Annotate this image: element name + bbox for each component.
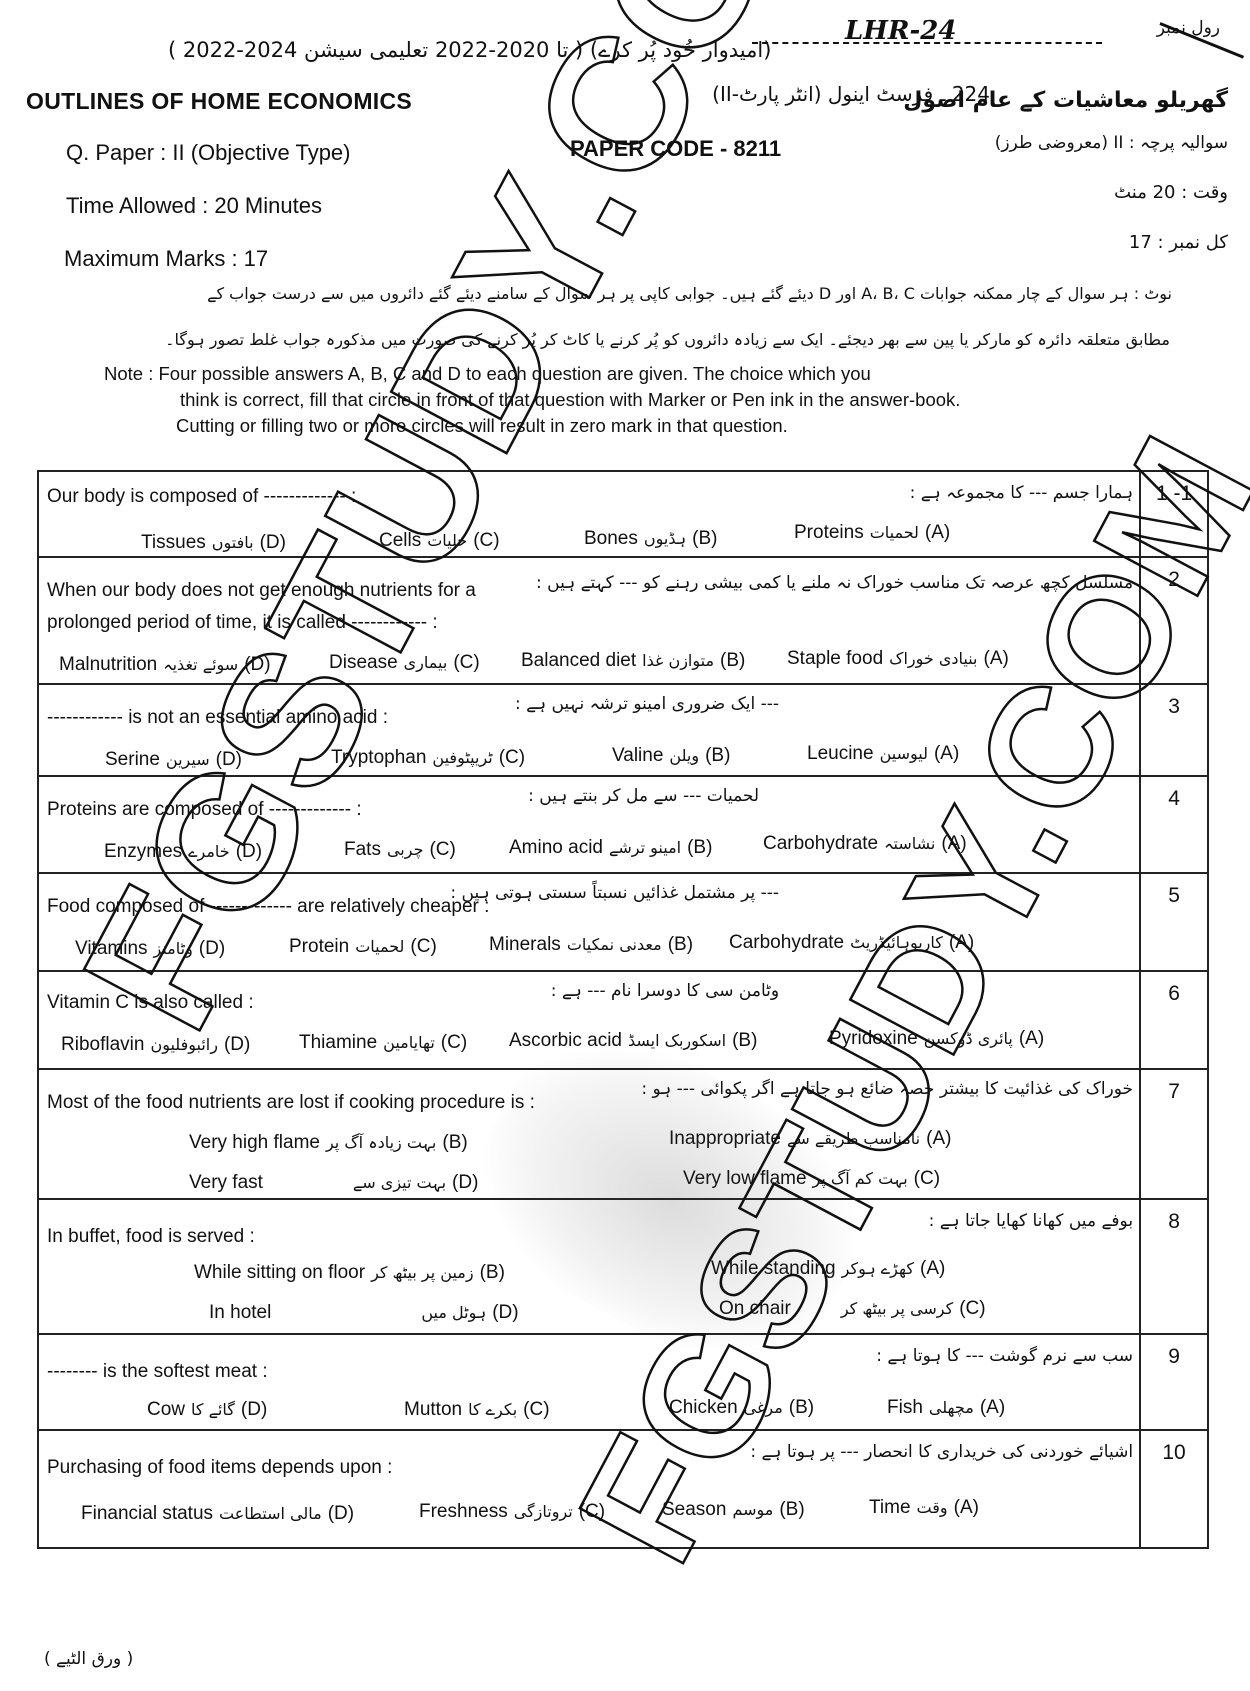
question-row: Most of the food nutrients are lost if c… [38,1069,1208,1199]
question-text-ur: اشیائے خوردنی کی خریداری کا انحصار --- پ… [750,1441,1133,1462]
option-d: Enzymesخامرے(D) [104,841,262,863]
option-c: On chairکرسی پر بیٹھ کر(C) [719,1298,986,1320]
question-text-ur: سب سے نرم گوشت --- کا ہوتا ہے : [876,1345,1133,1366]
question-body: Food composed of ------------- are relat… [38,873,1140,971]
question-row: Our body is composed of ------------- : … [38,471,1208,557]
option-b: Amino acidامینو ترشے(B) [509,837,712,859]
option-c: Diseaseبیماری(C) [329,652,480,674]
option-c: Very low flameبہت کم آگ پر(C) [683,1168,940,1190]
option-b: While sitting on floorزمین پر بیٹھ کر(B) [194,1262,505,1284]
option-a: While standingکھڑے ہوکر(A) [711,1258,945,1280]
option-a: Proteinsلحمیات(A) [794,522,950,544]
option-c: Freshnessتروتازگی(C) [419,1501,605,1523]
option-b: Balanced dietمتوازن غذا(B) [521,650,745,672]
question-number: 2 [1140,557,1208,684]
option-c: Fatsچربی(C) [344,839,456,861]
option-d: Very fastبہت تیزی سے(D) [189,1172,478,1194]
question-text-en: -------- is the softest meat : [47,1361,268,1383]
time-allowed: Time Allowed : 20 Minutes [66,193,322,219]
question-paper-type: Q. Paper : II (Objective Type) [66,140,351,166]
question-row: Proteins are composed of ------------- :… [38,776,1208,873]
question-text-ur: --- پر مشتمل غذائیں نسبتاً سستی ہوتی ہیں… [450,882,779,903]
question-text-ur: وٹامن سی کا دوسرا نام --- ہے : [551,980,779,1001]
question-text-en: Vitamin C is also called : [47,992,254,1014]
option-c: Proteinلحمیات(C) [289,936,437,958]
session-years: ( 2022-2024 تا 2020-2022 تعلیمی سیشن ) (… [168,38,771,63]
question-text-en: Proteins are composed of ------------- : [47,799,362,821]
roll-number-label: رول نمبر [1157,18,1220,38]
note-english: Note : Four possible answers A, B, C and… [104,361,960,439]
question-text-ur: مسلسل کچھ عرصہ تک مناسب خوراک نہ ملنے یا… [536,572,1133,593]
question-text-en: Most of the food nutrients are lost if c… [47,1092,535,1114]
question-body: Purchasing of food items depends upon : … [38,1430,1140,1548]
note-english-line-1: Note : Four possible answers A, B, C and… [104,361,960,387]
question-body: Vitamin C is also called : وٹامن سی کا د… [38,971,1140,1069]
option-d: Serineسیرین(D) [105,749,242,771]
question-body: Our body is composed of ------------- : … [38,471,1140,557]
note-urdu-line-2: مطابق متعلقہ دائرہ کو مارکر یا پین سے بھ… [165,330,1170,349]
question-text-en: Our body is composed of ------------- : [47,486,356,508]
question-row: In buffet, food is served : بوفے میں کھا… [38,1199,1208,1334]
question-text-en: When our body does not get enough nutrie… [47,580,476,602]
maximum-marks-ur: کل نمبر : 17 [1129,232,1228,253]
option-d: Malnutritionسوئے تغذیہ(D) [59,654,271,676]
question-body: When our body does not get enough nutrie… [38,557,1140,684]
option-d: Vitaminsوٹامنز(D) [75,938,225,960]
question-number: 8 [1140,1199,1208,1334]
roll-number-dotted-line [752,42,1102,44]
option-b: Very high flameبہت زیادہ آگ پر(B) [189,1132,468,1154]
question-number: 5 [1140,873,1208,971]
option-d: Financial statusمالی استطاعت(D) [81,1503,354,1525]
question-number: 10 [1140,1430,1208,1548]
option-a: Carbohydrateنشاستہ(A) [763,833,967,855]
option-a: Carbohydrateکاربوہائیڈریٹ(A) [729,932,974,954]
turn-over-note: ( ورق الٹیے ) [44,1648,133,1669]
option-d: Riboflavinرائبوفلیون(D) [61,1034,250,1056]
question-body: Most of the food nutrients are lost if c… [38,1069,1140,1199]
option-b: Bonesہڈیوں(B) [584,528,717,550]
question-text-ur: ہمارا جسم --- کا مجموعہ ہے : [910,482,1133,503]
option-c: Cellsخلیات(C) [379,530,500,552]
option-d: Cowگائے کا(D) [147,1399,267,1421]
question-number: 9 [1140,1334,1208,1430]
option-a: Fishمچھلی(A) [887,1397,1005,1419]
question-number: 3 [1140,684,1208,776]
option-a: Staple foodبنیادی خوراک(A) [787,648,1009,670]
question-row: ------------ is not an essential amino a… [38,684,1208,776]
question-number: 4 [1140,776,1208,873]
note-english-line-3: Cutting or filling two or more circles w… [104,413,960,439]
subject-title-ur: گھریلو معاشیات کے عام اصول [903,88,1228,113]
option-b: Ascorbic acidاسکوربک ایسڈ(B) [509,1030,757,1052]
time-allowed-ur: وقت : 20 منٹ [1114,182,1228,203]
maximum-marks: Maximum Marks : 17 [64,246,268,272]
option-d: In hotelہوٹل میں(D) [209,1302,519,1324]
question-number: 7 [1140,1069,1208,1199]
question-paper-type-ur: سوالیہ پرچہ : II (معروضی طرز) [995,132,1228,153]
question-text-ur: --- ایک ضروری امینو ترشہ نہیں ہے : [515,693,779,714]
question-body: Proteins are composed of ------------- :… [38,776,1140,873]
question-text-en: ------------ is not an essential amino a… [47,707,388,729]
question-text-ur: خوراک کی غذائیت کا بیشتر حصہ ضائع ہو جات… [641,1078,1133,1099]
option-a: Leucineلیوسین(A) [807,743,959,765]
option-b: Seasonموسم(B) [662,1499,805,1521]
question-number: 1 -1 [1140,471,1208,557]
option-c: Tryptophanٹریپٹوفین(C) [331,747,525,769]
question-row: Purchasing of food items depends upon : … [38,1430,1208,1548]
option-c: Muttonبکرے کا(C) [404,1399,550,1421]
question-row: -------- is the softest meat : سب سے نرم… [38,1334,1208,1430]
option-b: Mineralsمعدنی نمکیات(B) [489,934,693,956]
question-text-en: Purchasing of food items depends upon : [47,1457,392,1479]
question-row: Food composed of ------------- are relat… [38,873,1208,971]
question-text-en-line-2: prolonged period of time, it is called -… [47,612,438,634]
option-c: Thiamineتھایامین(C) [299,1032,467,1054]
question-number: 6 [1140,971,1208,1069]
note-english-line-2: think is correct, fill that circle in fr… [104,387,960,413]
option-a: Inappropriateنامناسب طریقے سے(A) [669,1128,951,1150]
option-b: Chickenمرغی(B) [669,1397,814,1419]
question-text-en: In buffet, food is served : [47,1226,255,1248]
question-text-ur: لحمیات --- سے مل کر بنتے ہیں : [528,785,759,806]
question-row: When our body does not get enough nutrie… [38,557,1208,684]
note-urdu-line-1: نوٹ : ہر سوال کے چار ممکنہ جوابات A، B، … [207,284,1172,303]
option-a: Timeوقت(A) [869,1497,979,1519]
option-d: Tissuesبافتوں(D) [141,532,286,554]
paper-code: PAPER CODE - 8211 [570,136,781,162]
question-row: Vitamin C is also called : وٹامن سی کا د… [38,971,1208,1069]
question-body: -------- is the softest meat : سب سے نرم… [38,1334,1140,1430]
option-a: Pyridoxineپائری ڈوکسن(A) [829,1028,1044,1050]
option-b: Valineویلن(B) [612,745,730,767]
question-text-ur: بوفے میں کھانا کھایا جاتا ہے : [929,1210,1134,1231]
question-body: ------------ is not an essential amino a… [38,684,1140,776]
question-body: In buffet, food is served : بوفے میں کھا… [38,1199,1140,1334]
question-text-en: Food composed of ------------- are relat… [47,896,489,918]
subject-title-en: OUTLINES OF HOME ECONOMICS [26,88,412,115]
questions-table: Our body is composed of ------------- : … [37,470,1209,1549]
